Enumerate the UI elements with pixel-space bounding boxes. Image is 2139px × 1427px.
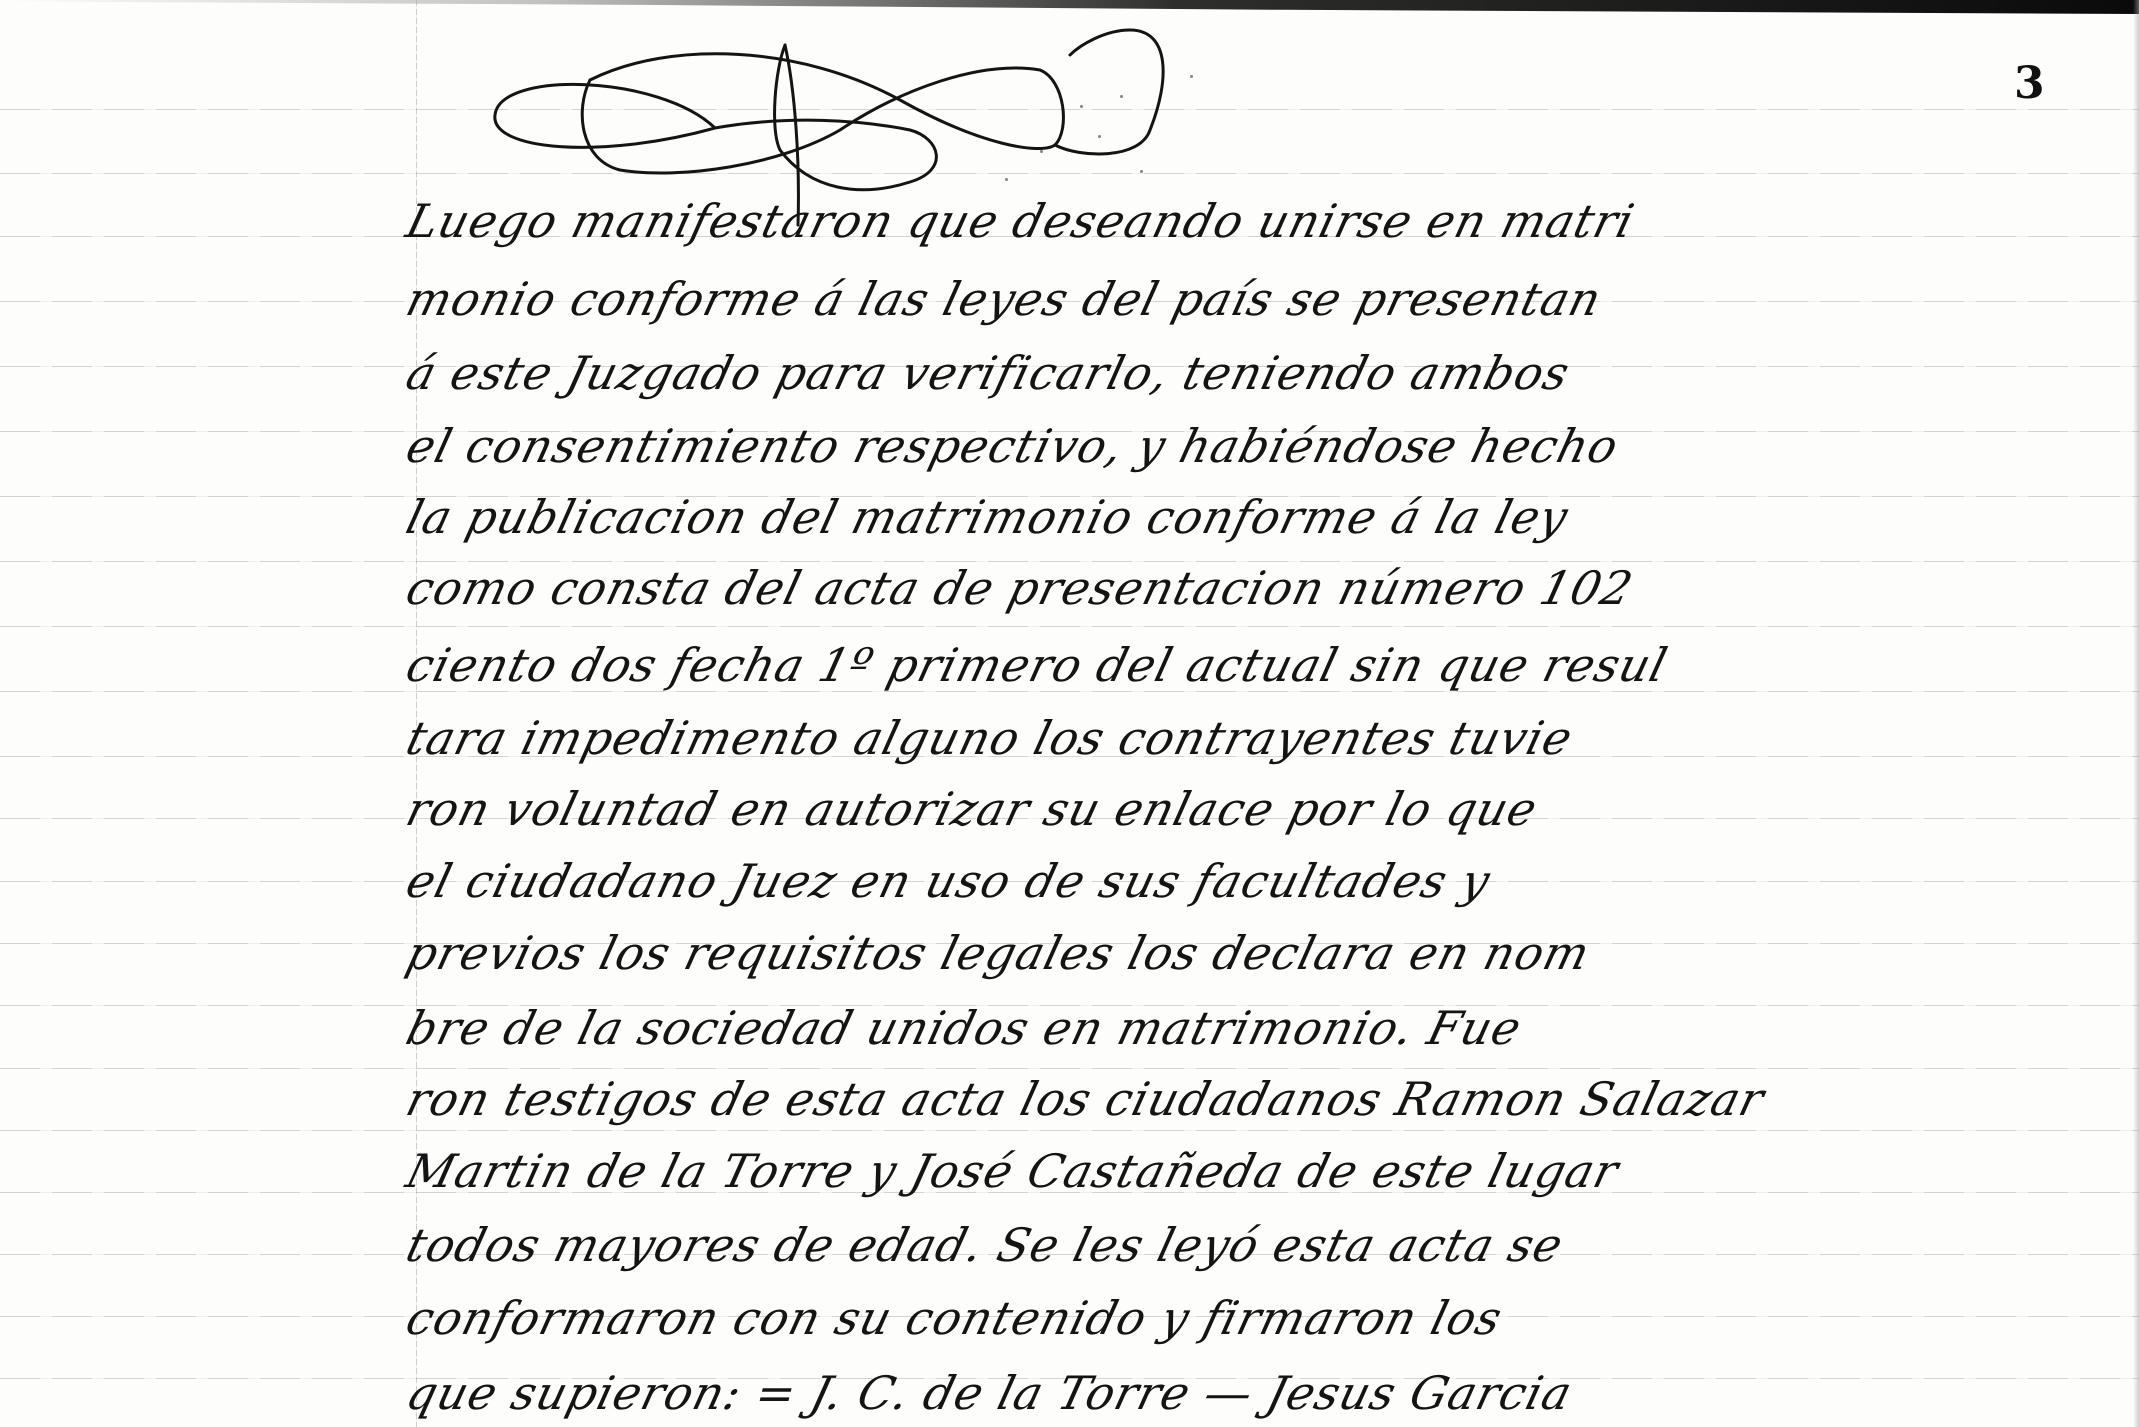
ink-speck xyxy=(1098,135,1101,138)
scan-edge-top xyxy=(0,0,2139,14)
ink-speck xyxy=(1005,178,1008,181)
handwritten-line: como consta del acta de presentacion núm… xyxy=(402,565,2139,611)
ruled-line xyxy=(0,1130,2139,1131)
handwritten-line: conformaron con su contenido y firmaron … xyxy=(402,1295,2139,1341)
handwritten-line: previos los requisitos legales los decla… xyxy=(402,930,2139,976)
handwritten-line: la publicacion del matrimonio conforme á… xyxy=(402,494,2139,540)
ink-speck xyxy=(1190,75,1193,78)
handwritten-line: el ciudadano Juez en uso de sus facultad… xyxy=(402,858,2139,904)
ruled-line xyxy=(0,1068,2139,1069)
ink-speck xyxy=(1040,150,1043,153)
document-page: 3 Luego manifestaron que deseando unirse… xyxy=(0,0,2139,1427)
page-number: 3 xyxy=(2014,62,2045,106)
handwritten-line: monio conforme á las leyes del país se p… xyxy=(402,276,2139,322)
ruled-line xyxy=(0,626,2139,627)
ink-speck xyxy=(1120,95,1123,98)
ink-speck xyxy=(1080,105,1083,108)
handwritten-line: el consentimiento respectivo, y habiéndo… xyxy=(402,423,2139,469)
handwritten-line: bre de la sociedad unidos en matrimonio.… xyxy=(402,1005,2139,1051)
handwritten-line: á este Juzgado para verificarlo, teniend… xyxy=(402,350,2139,396)
handwritten-line: Luego manifestaron que deseando unirse e… xyxy=(402,198,2139,244)
signature-line: que supieron: = J. C. de la Torre — Jesu… xyxy=(402,1370,2139,1416)
handwritten-line: Martin de la Torre y José Castañeda de e… xyxy=(402,1148,2139,1194)
handwritten-line: ciento dos fecha 1º primero del actual s… xyxy=(402,642,2139,688)
handwritten-line: ron testigos de esta acta los ciudadanos… xyxy=(402,1076,2139,1122)
ink-speck xyxy=(1140,170,1143,173)
handwritten-line: tara impedimento alguno los contrayentes… xyxy=(402,715,2139,761)
handwritten-line: todos mayores de edad. Se les leyó esta … xyxy=(402,1222,2139,1268)
handwritten-line: ron voluntad en autorizar su enlace por … xyxy=(402,786,2139,832)
